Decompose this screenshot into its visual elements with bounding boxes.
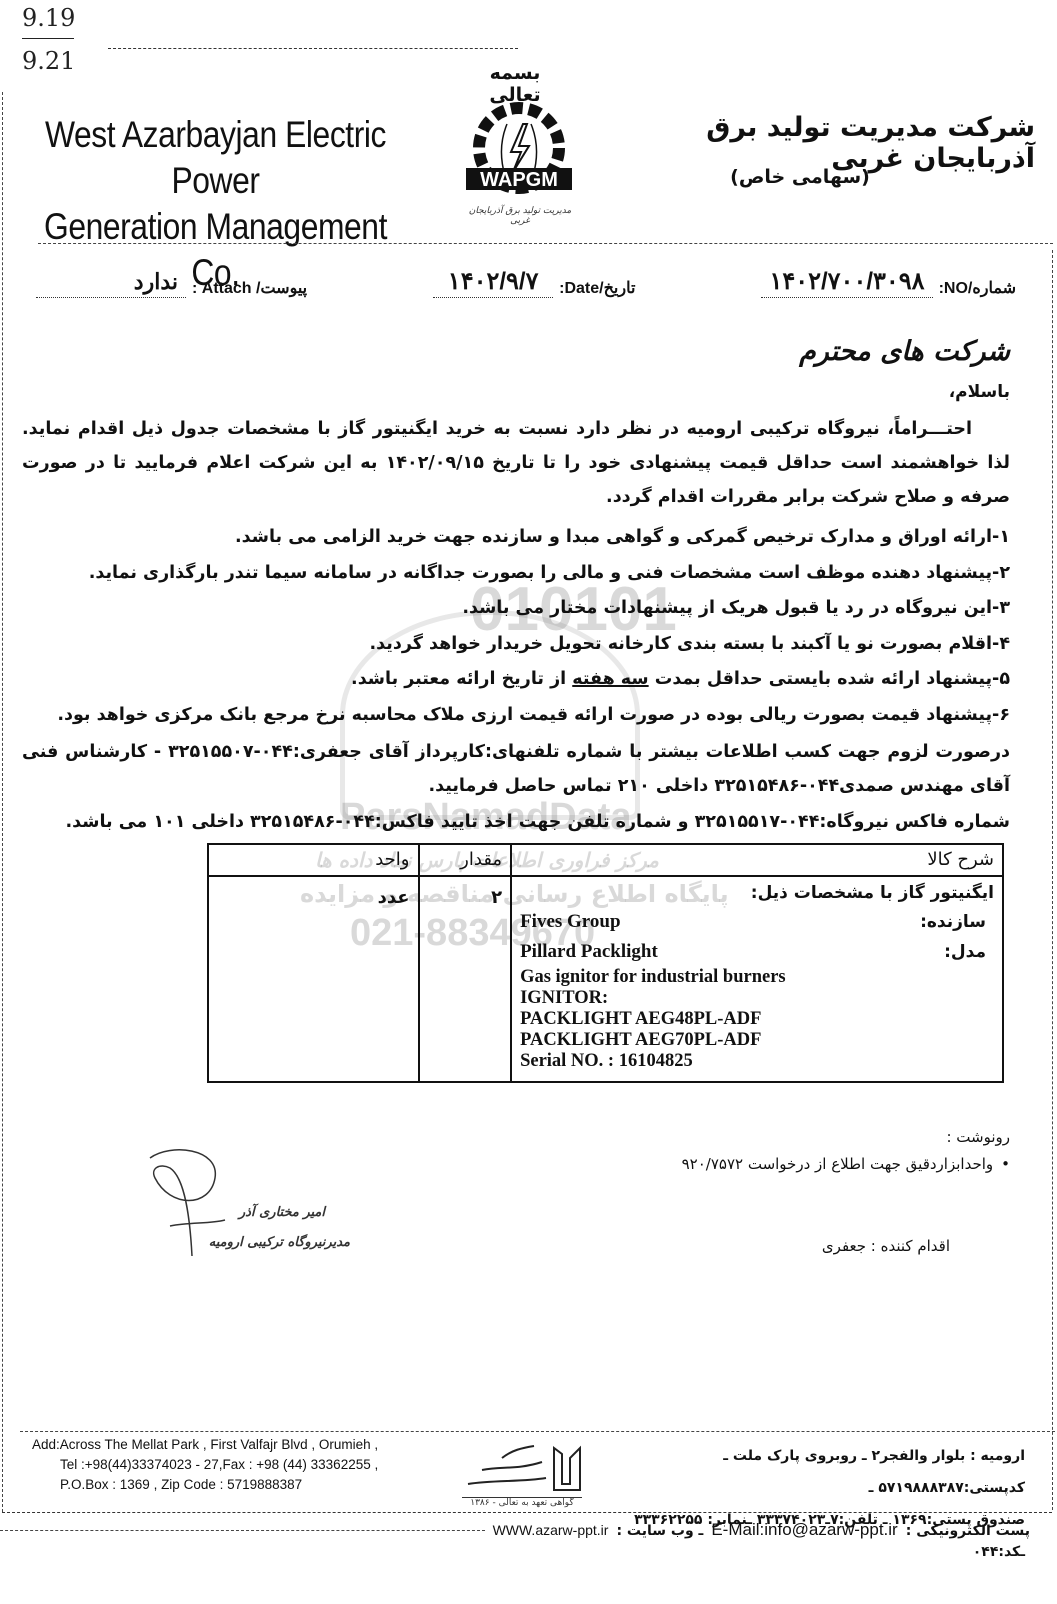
number-label: شماره/NO: — [939, 278, 1016, 298]
date-label: تاریخ/Date: — [559, 278, 635, 298]
address-line: Tel :+98(44)33374023 - 27,Fax : +98 (44)… — [32, 1455, 402, 1475]
award-caption: گواهی تعهد به تعالی - ۱۳۸۶ — [462, 1497, 582, 1508]
attach-value: ندارد — [36, 267, 186, 298]
model-value: Pillard Packlight — [520, 937, 920, 967]
manufacturer-row: سازنده: Fives Group — [520, 907, 994, 937]
letter-number: شماره/NO: ۱۴۰۲/۷۰۰/۳۰۹۸ — [761, 267, 1016, 298]
number-value: ۱۴۰۲/۷۰۰/۳۰۹۸ — [761, 267, 932, 298]
greeting: باسلام، — [760, 382, 1010, 402]
company-type: (سهامی خاص) — [700, 166, 900, 188]
header-description: شرح کالا — [511, 844, 1003, 876]
letter-attachment: پیوست/ Attach : ندارد — [36, 267, 307, 298]
spec-lines: Gas ignitor for industrial burners IGNIT… — [520, 967, 994, 1072]
intro-paragraph: احتـــراماً، نیروگاه ترکیبی ارومیه در نظ… — [22, 412, 1010, 514]
address-line: P.O.Box : 1369 , Zip Code : 5719888387 — [32, 1475, 402, 1495]
intro-text: احتـــراماً، نیروگاه ترکیبی ارومیه در نظ… — [22, 419, 1010, 507]
letter-meta: شماره/NO: ۱۴۰۲/۷۰۰/۳۰۹۸ تاریخ/Date: ۱۴۰۲… — [36, 258, 1016, 298]
quantity-cell: ۲ — [419, 876, 512, 1082]
manufacturer-value: Fives Group — [520, 907, 920, 937]
margin-note: 9.19 9.21 — [22, 4, 82, 75]
salutation: شرکت های محترم — [560, 336, 1010, 367]
email-link[interactable]: E-Mail:info@azarw-ppt.ir — [711, 1520, 897, 1540]
logo-caption: مدیریت تولید برق آذربایجان غربی — [462, 206, 578, 226]
attach-label: پیوست/ Attach : — [192, 278, 307, 298]
action-by: اقدام کننده : جعفری — [700, 1237, 950, 1255]
fraction-bar — [22, 38, 74, 39]
manufacturer-label: سازنده: — [920, 907, 994, 937]
address-line: ارومیه : بلوار والفجر۲ ـ روبروی پارک ملت… — [600, 1440, 1025, 1504]
footer-divider — [20, 1431, 1055, 1432]
frame-right-border — [1052, 250, 1053, 1510]
company-name-persian: شرکت مدیریت تولید برق آذربایجان غربی — [595, 112, 1035, 174]
goods-table: شرح کالا مقدار واحد ایگنیتور گاز با مشخص… — [207, 843, 1004, 1083]
address-line: Add:Across The Mellat Park , First Valfa… — [32, 1435, 402, 1455]
signer-name: امیر مختاری آذر — [215, 1205, 325, 1220]
spec-line: IGNITOR: — [520, 988, 994, 1009]
cc-item: •واحدابزاردقیق جهت اطلاع از درخواست ۹۲۰/… — [540, 1155, 1010, 1173]
signer-title: مدیرنیروگاه ترکیبی ارومیه — [180, 1235, 350, 1250]
website-link[interactable]: WWW.azarw-ppt.ir — [493, 1522, 609, 1538]
spec-line: Gas ignitor for industrial burners — [520, 967, 994, 988]
email-label: پست الکترونیکی : — [906, 1523, 1030, 1539]
fax-line: شماره فاکس نیروگاه:۰۴۴-۳۲۵۱۵۵۱۷ و شماره … — [22, 805, 1010, 839]
margin-note-bottom: 9.21 — [22, 47, 82, 75]
header-quantity: مقدار — [419, 844, 512, 876]
meta-divider — [38, 243, 1053, 244]
spec-line: PACKLIGHT AEG48PL-ADF — [520, 1009, 994, 1030]
bullet-icon: • — [1001, 1155, 1010, 1173]
model-row: مدل: Pillard Packlight — [520, 937, 994, 967]
condition-item: ۳-این نیروگاه در رد یا قبول هریک از پیشن… — [22, 591, 1010, 627]
condition-item: ۵-پیشنهاد ارائه شده بایستی حداقل بمدت سه… — [22, 662, 1010, 698]
underlined-duration: سه هفته — [572, 669, 648, 689]
svg-text:WAPGM: WAPGM — [480, 169, 558, 191]
contact-row: پست الکترونیکی : E-Mail:info@azarw-ppt.i… — [490, 1520, 1030, 1540]
address-english: Add:Across The Mellat Park , First Valfa… — [32, 1435, 402, 1495]
description-cell: ایگنیتور گاز با مشخصات ذیل: سازنده: Five… — [511, 876, 1003, 1082]
item-title: ایگنیتور گاز با مشخصات ذیل: — [520, 883, 994, 903]
wapgm-logo: WAPGM — [460, 96, 578, 204]
spec-line: PACKLIGHT AEG70PL-ADF — [520, 1030, 994, 1051]
gear-lightning-icon: WAPGM — [460, 96, 578, 204]
condition-item: ۲-پیشنهاد دهنده موظف است مشخصات فنی و ما… — [22, 556, 1010, 592]
condition-item: ۴-اقلام بصورت نو یا آکبند با بسته بندی ک… — [22, 627, 1010, 663]
condition-item: ۶-پیشنهاد قیمت بصورت ریالی بوده در صورت … — [22, 698, 1010, 734]
frame-left-border — [2, 92, 3, 1512]
website-label: ـ وب سایت : — [616, 1523, 703, 1539]
contact-paragraph: درصورت لزوم جهت کسب اطلاعات بیشتر با شما… — [22, 735, 1010, 803]
address-persian: ارومیه : بلوار والفجر۲ ـ روبروی پارک ملت… — [600, 1440, 1025, 1568]
company-name-english-line1: West Azarbayjan Electric Power — [22, 112, 409, 204]
top-divider — [108, 48, 518, 49]
margin-note-top: 9.19 — [22, 4, 82, 32]
condition-item: ۱-ارائه اوراق و مدارک ترخیص گمرکی و گواه… — [22, 520, 1010, 556]
excellence-award-icon — [462, 1440, 587, 1500]
date-value: ۱۴۰۲/۹/۷ — [433, 267, 553, 298]
model-label: مدل: — [944, 937, 994, 967]
cc-label: رونوشت : — [860, 1128, 1010, 1146]
header-unit: واحد — [208, 844, 419, 876]
spec-line: Serial NO. : 16104825 — [520, 1051, 994, 1072]
table-header-row: شرح کالا مقدار واحد — [208, 844, 1003, 876]
unit-cell: عدد — [208, 876, 419, 1082]
web-divider — [0, 1530, 485, 1531]
conditions-list: ۱-ارائه اوراق و مدارک ترخیص گمرکی و گواه… — [22, 520, 1010, 733]
table-row: ایگنیتور گاز با مشخصات ذیل: سازنده: Five… — [208, 876, 1003, 1082]
letter-date: تاریخ/Date: ۱۴۰۲/۹/۷ — [433, 267, 635, 298]
